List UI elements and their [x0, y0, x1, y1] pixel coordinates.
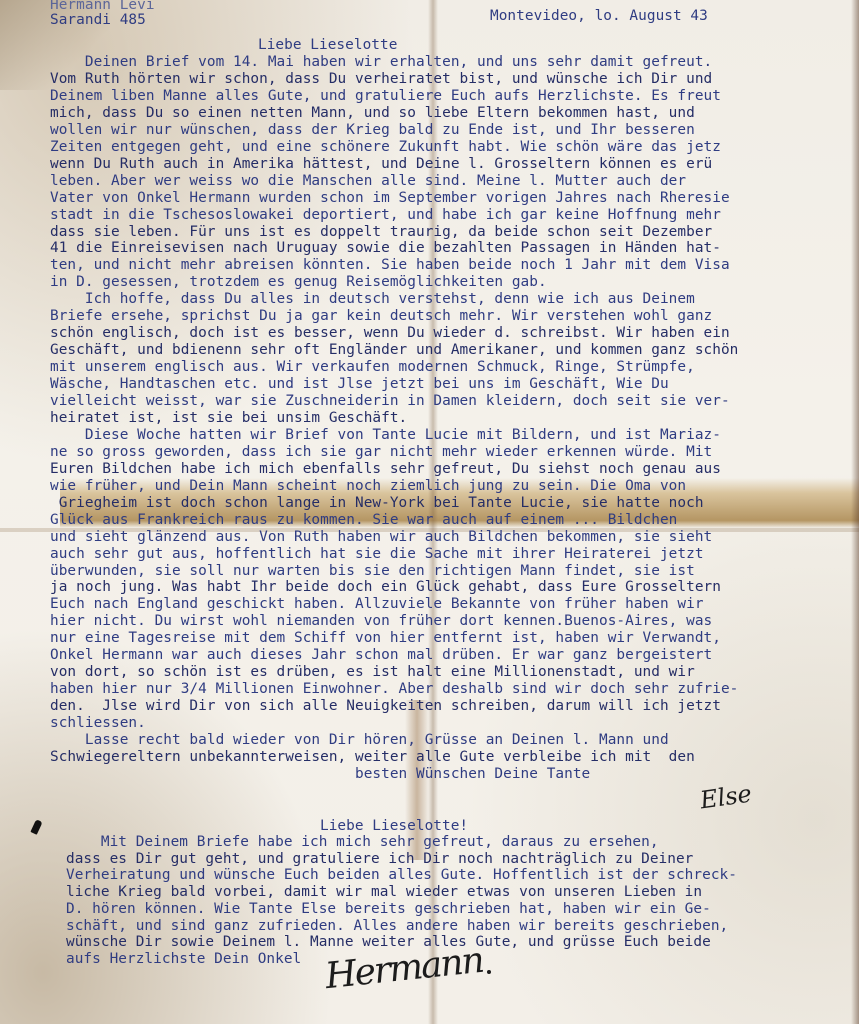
typed-line: Glück aus Frankreich raus zu kommen. Sie… — [50, 512, 677, 528]
typed-line: Geschäft, und bdienenn sehr oft Englände… — [50, 342, 738, 358]
typed-line: auch sehr gut aus, hoffentlich hat sie d… — [50, 546, 704, 562]
typed-line: wenn Du Ruth auch in Amerika hättest, un… — [50, 156, 712, 172]
typed-line: Deinen Brief vom 14. Mai haben wir erhal… — [50, 54, 712, 70]
typed-line: nur eine Tagesreise mit dem Schiff von h… — [50, 630, 721, 646]
typed-line: Onkel Hermann war auch dieses Jahr schon… — [50, 647, 712, 663]
typed-line: leben. Aber wer weiss wo die Manschen al… — [50, 173, 686, 189]
letter2-salutation: Liebe Lieselotte! — [320, 818, 468, 834]
typed-line: Euren Bildchen habe ich mich ebenfalls s… — [50, 461, 721, 477]
typed-line: in D. gesessen, trotzdem es genug Reisem… — [50, 274, 547, 290]
typed-line: Vater von Onkel Hermann wurden schon im … — [50, 190, 730, 206]
typed-line: Verheiratung und wünsche Euch beiden all… — [66, 867, 737, 883]
typed-line: besten Wünschen Deine Tante — [50, 766, 590, 782]
typed-line: wünsche Dir sowie Deinem l. Manne weiter… — [66, 934, 711, 950]
typed-line: schliessen. — [50, 715, 146, 731]
typed-line: Euch nach England geschickt haben. Allzu… — [50, 596, 704, 612]
paper-edge — [851, 0, 859, 1024]
typed-line: Zeiten entgegen geht, und eine schönere … — [50, 139, 721, 155]
letter-page: Hermann Levi Sarandi 485 Montevideo, lo.… — [0, 0, 859, 1024]
typed-line: wie früher, und Dein Mann scheint noch z… — [50, 478, 686, 494]
typed-line: Wäsche, Handtaschen etc. und ist Jlse je… — [50, 376, 669, 392]
typed-line: und sieht glänzend aus. Von Ruth haben w… — [50, 529, 712, 545]
signature-else: Else — [698, 780, 753, 815]
typed-line: heiratet ist, ist sie bei unsim Geschäft… — [50, 410, 407, 426]
typed-line: von dort, so schön ist es drüben, es ist… — [50, 664, 695, 680]
typed-line: Ich hoffe, dass Du alles in deutsch vers… — [50, 291, 695, 307]
typed-line: liche Krieg bald vorbei, damit wir mal w… — [66, 884, 702, 900]
typed-line: aufs Herzlichste Dein Onkel — [66, 951, 301, 967]
typed-line: Schwiegereltern unbekannterweisen, weite… — [50, 749, 695, 765]
typed-line: schön englisch, doch ist es besser, wenn… — [50, 325, 730, 341]
typed-line: stadt in die Tschesoslowakei deportiert,… — [50, 207, 721, 223]
typed-line: schäft, und sind ganz zufrieden. Alles a… — [66, 918, 728, 934]
typed-line: mit unserem englisch aus. Wir verkaufen … — [50, 359, 695, 375]
typed-line: Griegheim ist doch schon lange in New-Yo… — [50, 495, 704, 511]
typed-line: ja noch jung. Was habt Ihr beide doch ei… — [50, 579, 721, 595]
typed-line: Vom Ruth hörten wir schon, dass Du verhe… — [50, 71, 712, 87]
typed-line: Mit Deinem Briefe habe ich mich sehr gef… — [66, 834, 659, 850]
letter1-salutation: Liebe Lieselotte — [258, 37, 397, 53]
typed-line: ne so gross geworden, dass ich sie gar n… — [50, 444, 712, 460]
typed-line: überwunden, sie soll nur warten bis sie … — [50, 563, 695, 579]
typed-line: vielleicht weisst, war sie Zuschneiderin… — [50, 393, 730, 409]
typed-line: Diese Woche hatten wir Brief von Tante L… — [50, 427, 721, 443]
typed-line: D. hören können. Wie Tante Else bereits … — [66, 901, 711, 917]
typed-line: wollen wir nur wünschen, dass der Krieg … — [50, 122, 695, 138]
typed-line: haben hier nur 3/4 Millionen Einwohner. … — [50, 681, 738, 697]
typed-line: mich, dass Du so einen netten Mann, und … — [50, 105, 695, 121]
sender-address: Sarandi 485 — [50, 12, 146, 28]
typed-line: dass sie leben. Für uns ist es doppelt t… — [50, 224, 712, 240]
typed-line: Deinem liben Manne alles Gute, und gratu… — [50, 88, 721, 104]
typed-line: hier nicht. Du wirst wohl niemanden von … — [50, 613, 712, 629]
place-date: Montevideo, lo. August 43 — [490, 8, 708, 24]
typed-line: Briefe ersehe, sprichst Du ja gar kein d… — [50, 308, 712, 324]
signature-dot — [487, 970, 491, 974]
typed-line: Lasse recht bald wieder von Dir hören, G… — [50, 732, 669, 748]
typed-line: den. Jlse wird Dir von sich alle Neuigke… — [50, 698, 721, 714]
typed-line: 41 die Einreisevisen nach Uruguay sowie … — [50, 240, 721, 256]
typed-line: ten, und nicht mehr abreisen könnten. Si… — [50, 257, 730, 273]
ink-mark — [30, 819, 42, 835]
typed-line: dass es Dir gut geht, und gratuliere ich… — [66, 851, 693, 867]
